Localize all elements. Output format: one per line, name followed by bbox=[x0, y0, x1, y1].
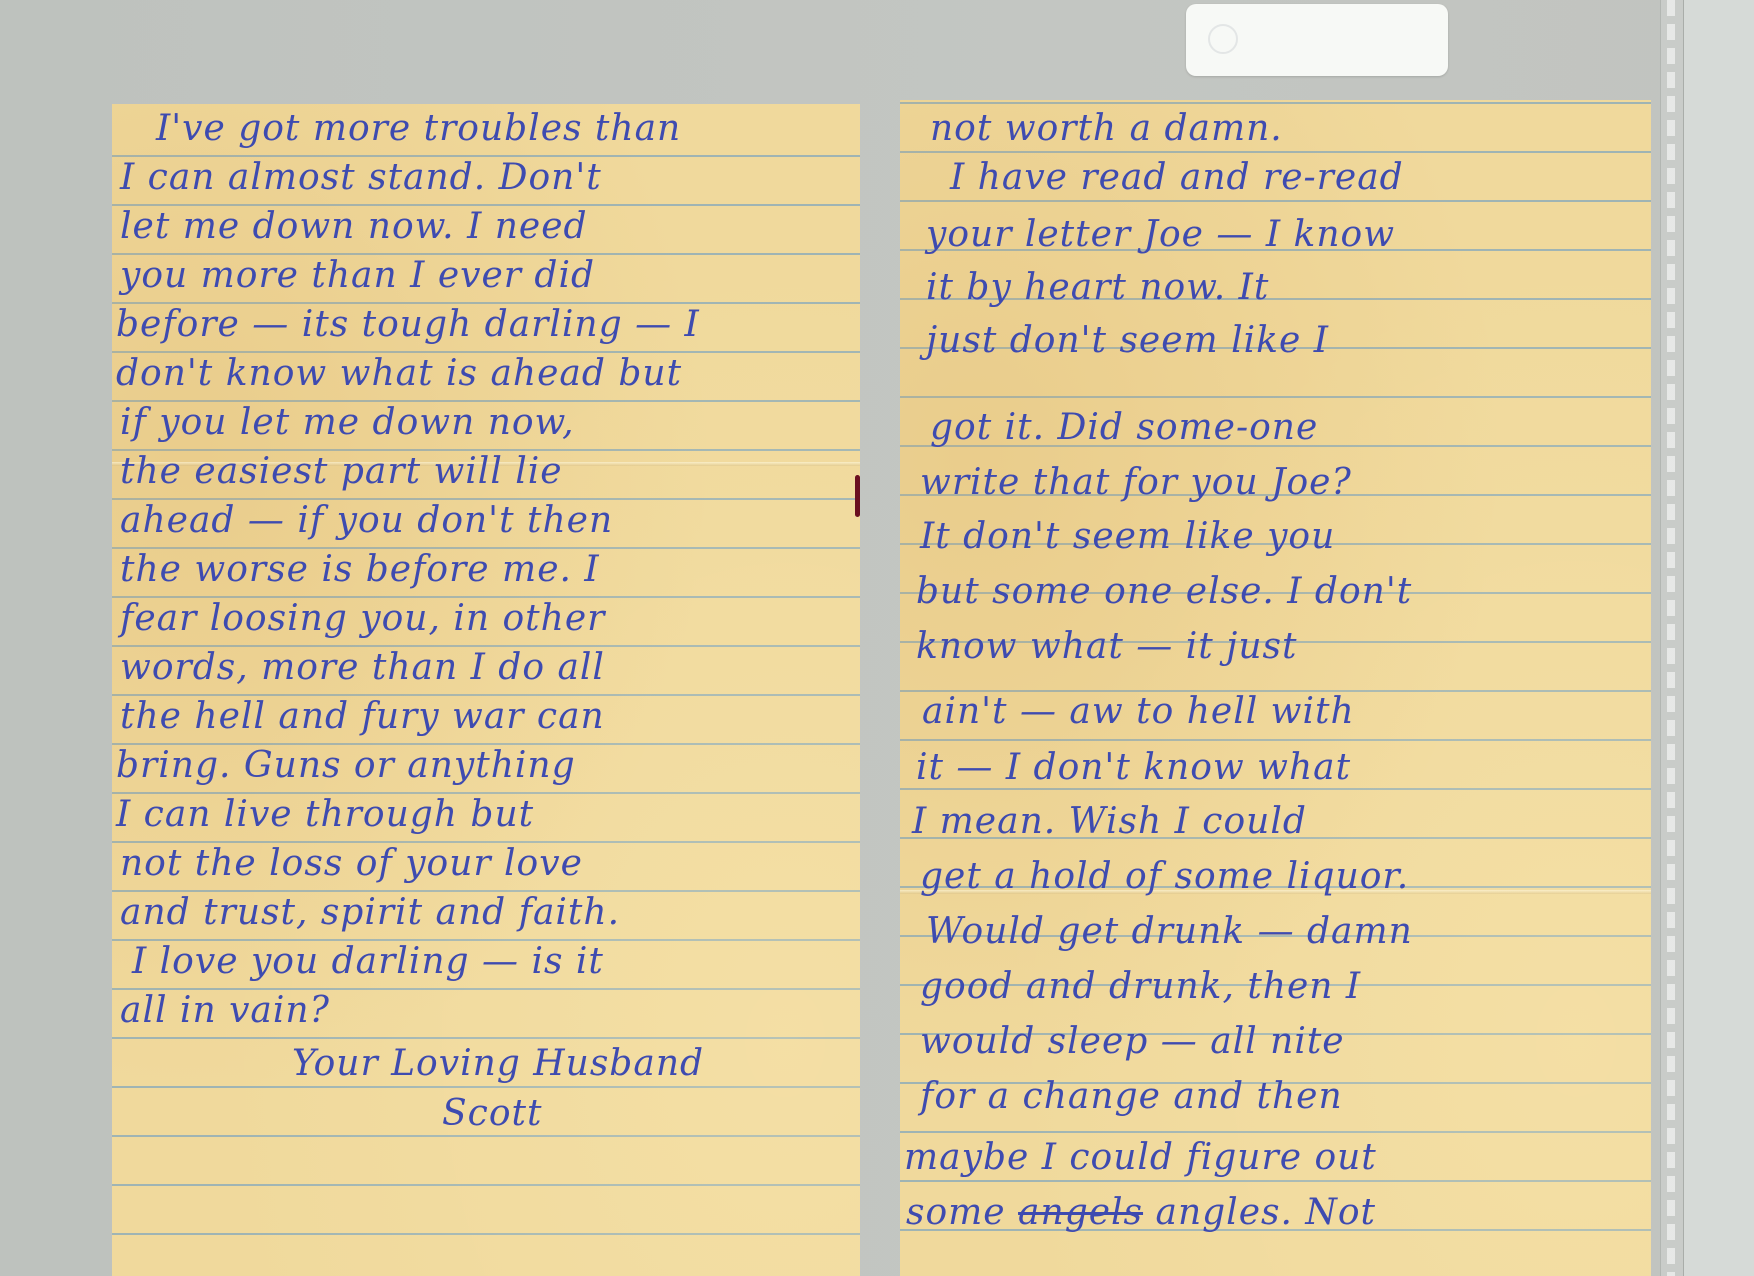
text-segment: some bbox=[906, 1192, 1018, 1233]
handwritten-line: would sleep — all nite bbox=[920, 1017, 1651, 1066]
handwritten-line: I can live through but bbox=[116, 790, 860, 839]
handwritten-line: before — its tough darling — I bbox=[116, 300, 860, 349]
handwritten-line: fear loosing you, in other bbox=[120, 594, 860, 643]
handwritten-line: I can almost stand. Don't bbox=[120, 153, 860, 202]
letter-page-left: I've got more troubles than I can almost… bbox=[112, 104, 860, 1276]
handwritten-line: words, more than I do all bbox=[120, 643, 860, 692]
closing-line: Your Loving Husband bbox=[292, 1039, 860, 1088]
handwritten-line: your letter Joe — I know bbox=[926, 210, 1651, 259]
handwritten-line: know what — it just bbox=[916, 622, 1651, 671]
handwritten-line: the hell and fury war can bbox=[120, 692, 860, 741]
handwritten-line: the worse is before me. I bbox=[120, 545, 860, 594]
handwritten-line: it by heart now. It bbox=[926, 263, 1651, 312]
handwritten-line: you more than I ever did bbox=[120, 251, 860, 300]
letter-page-right: not worth a damn. I have read and re-rea… bbox=[900, 100, 1651, 1276]
handwritten-line: I've got more troubles than bbox=[156, 104, 860, 153]
handwritten-line: It don't seem like you bbox=[920, 512, 1651, 561]
signature: Scott bbox=[442, 1089, 860, 1138]
handwritten-line: I love you darling — is it bbox=[132, 937, 860, 986]
ink-stain bbox=[855, 475, 860, 517]
handwritten-line: get a hold of some liquor. bbox=[920, 852, 1651, 901]
archive-label bbox=[1186, 4, 1448, 76]
handwritten-line: all in vain? bbox=[120, 986, 860, 1035]
handwritten-line: ain't — aw to hell with bbox=[922, 687, 1651, 736]
handwritten-line: ahead — if you don't then bbox=[120, 496, 860, 545]
circle-stamp-icon bbox=[1208, 24, 1238, 54]
handwritten-line: not the loss of your love bbox=[120, 839, 860, 888]
handwritten-line: don't know what is ahead but bbox=[116, 349, 860, 398]
handwritten-line: for a change and then bbox=[920, 1072, 1651, 1121]
handwritten-line: and trust, spirit and faith. bbox=[120, 888, 860, 937]
handwritten-line: the easiest part will lie bbox=[120, 447, 860, 496]
handwritten-line: I have read and re-read bbox=[950, 153, 1651, 202]
handwritten-line: if you let me down now, bbox=[120, 398, 860, 447]
handwritten-line: got it. Did some-one bbox=[930, 403, 1651, 452]
handwritten-line: but some one else. I don't bbox=[916, 567, 1651, 616]
handwritten-line-last: some angels angles. Not bbox=[906, 1188, 1651, 1237]
handwritten-line: it — I don't know what bbox=[916, 743, 1651, 792]
sleeve-margin bbox=[1684, 0, 1754, 1276]
handwritten-line: good and drunk, then I bbox=[920, 962, 1651, 1011]
handwritten-line: write that for you Joe? bbox=[920, 458, 1651, 507]
text-segment: angles. Not bbox=[1143, 1192, 1376, 1233]
handwritten-line: just don't seem like I bbox=[926, 316, 1651, 365]
handwritten-line: not worth a damn. bbox=[930, 104, 1651, 153]
handwritten-line: bring. Guns or anything bbox=[116, 741, 860, 790]
handwritten-line: I mean. Wish I could bbox=[912, 797, 1651, 846]
handwritten-line: maybe I could figure out bbox=[904, 1133, 1651, 1182]
sleeve-perforation bbox=[1667, 0, 1675, 1276]
handwritten-line: Would get drunk — damn bbox=[926, 907, 1651, 956]
handwritten-line: let me down now. I need bbox=[120, 202, 860, 251]
struck-out-word: angels bbox=[1018, 1192, 1143, 1233]
